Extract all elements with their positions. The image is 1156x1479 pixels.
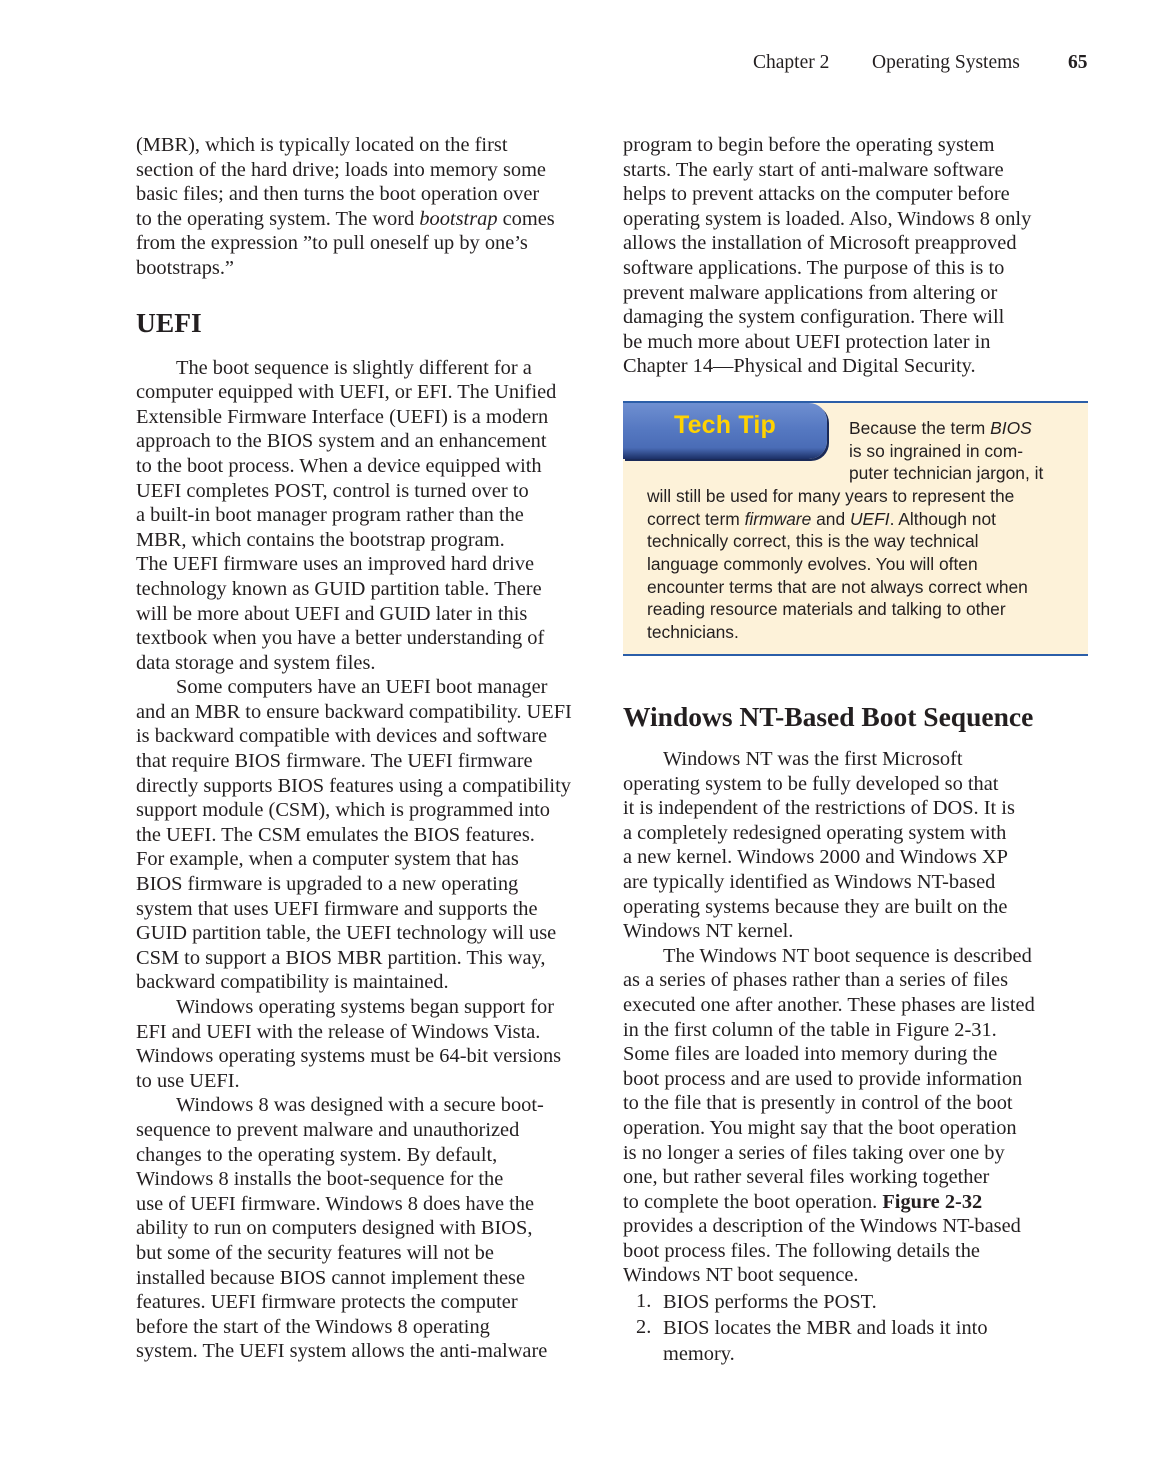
- paragraph: Windows 8 was designed with a secure boo…: [136, 1093, 606, 1364]
- text-line: boot process and are used to provide inf…: [623, 1067, 1089, 1092]
- text-line: a new kernel. Windows 2000 and Windows X…: [623, 845, 1089, 870]
- section-heading-uefi: UEFI: [136, 306, 606, 340]
- text-line: as a series of phases rather than a seri…: [623, 968, 1089, 993]
- running-header: Chapter 2 Operating Systems 65: [0, 52, 1156, 82]
- tip-line: language commonly evolves. You will ofte…: [647, 553, 1028, 576]
- text-line: memory.: [663, 1341, 1089, 1367]
- left-column: (MBR), which is typically located on the…: [136, 133, 606, 1364]
- text-line: BIOS firmware is upgraded to a new opera…: [136, 872, 606, 897]
- text-line: installed because BIOS cannot implement …: [136, 1266, 606, 1291]
- text-line: Some computers have an UEFI boot manager: [136, 675, 606, 700]
- paragraph: Windows NT was the first Microsoft opera…: [623, 747, 1089, 944]
- tip-line: will still be used for many years to rep…: [647, 485, 1028, 508]
- text-span: comes: [498, 208, 555, 230]
- text-line: a completely redesigned operating system…: [623, 821, 1089, 846]
- tip-line: encounter terms that are not always corr…: [647, 576, 1028, 599]
- text-line: bootstraps.”: [136, 256, 606, 281]
- text-line: to the file that is presently in control…: [623, 1091, 1089, 1116]
- numbered-list: 1. BIOS performs the POST. 2. BIOS locat…: [623, 1289, 1089, 1367]
- text-line: program to begin before the operating sy…: [623, 133, 1089, 158]
- text-line: EFI and UEFI with the release of Windows…: [136, 1020, 606, 1045]
- text-line: damaging the system configuration. There…: [623, 305, 1089, 330]
- text-line: The Windows NT boot sequence is describe…: [623, 944, 1089, 969]
- list-item: 2. BIOS locates the MBR and loads it int…: [623, 1315, 1089, 1367]
- text-line: changes to the operating system. By defa…: [136, 1143, 606, 1168]
- text-line: UEFI completes POST, control is turned o…: [136, 479, 606, 504]
- tip-line: is so ingrained in com-: [849, 440, 1043, 463]
- text-line: directly supports BIOS features using a …: [136, 774, 606, 799]
- text-line: allows the installation of Microsoft pre…: [623, 231, 1089, 256]
- right-column-intro: program to begin before the operating sy…: [623, 133, 1089, 379]
- tip-line: correct term firmware and UEFI. Although…: [647, 508, 1028, 531]
- text-line: boot process files. The following detail…: [623, 1239, 1089, 1264]
- text-line: executed one after another. These phases…: [623, 993, 1089, 1018]
- italic-term: bootstrap: [419, 208, 497, 230]
- tip-line: technically correct, this is the way tec…: [647, 530, 1028, 553]
- text-line: Windows NT was the first Microsoft: [623, 747, 1089, 772]
- text-line: The UEFI firmware uses an improved hard …: [136, 552, 606, 577]
- text-line: system that uses UEFI firmware and suppo…: [136, 897, 606, 922]
- text-line: one, but rather several files working to…: [623, 1165, 1089, 1190]
- tip-line: Because the term BIOS: [849, 417, 1043, 440]
- text-line: before the start of the Windows 8 operat…: [136, 1315, 606, 1340]
- text-line: The boot sequence is slightly different …: [136, 356, 606, 381]
- text-line: Some files are loaded into memory during…: [623, 1042, 1089, 1067]
- text-line: it is independent of the restrictions of…: [623, 796, 1089, 821]
- text-line: to the boot process. When a device equip…: [136, 454, 606, 479]
- text-line: to use UEFI.: [136, 1069, 606, 1094]
- text-line: MBR, which contains the bootstrap progra…: [136, 528, 606, 553]
- tech-tip-label: Tech Tip: [623, 411, 827, 440]
- paragraph: Some computers have an UEFI boot manager…: [136, 675, 606, 995]
- text-line: and an MBR to ensure backward compatibil…: [136, 700, 606, 725]
- text-span: Because the term: [849, 418, 990, 438]
- italic-term: firmware: [745, 509, 812, 529]
- italic-term: BIOS: [990, 418, 1032, 438]
- tech-tip-text-body: will still be used for many years to rep…: [647, 485, 1028, 644]
- text-line: to the operating system. The word bootst…: [136, 207, 606, 232]
- text-line: system. The UEFI system allows the anti-…: [136, 1339, 606, 1364]
- text-line: basic files; and then turns the boot ope…: [136, 182, 606, 207]
- text-span: . Although not: [890, 509, 996, 529]
- list-number: 2.: [636, 1315, 651, 1340]
- paragraph: Windows operating systems began support …: [136, 995, 606, 1093]
- italic-term: UEFI: [850, 509, 890, 529]
- spacer: [623, 734, 1089, 747]
- text-line: technology known as GUID partition table…: [136, 577, 606, 602]
- text-span: correct term: [647, 509, 745, 529]
- text-line: BIOS performs the POST.: [663, 1289, 1089, 1315]
- tech-tip-box: Tech Tip Because the term BIOS is so ing…: [623, 401, 1088, 656]
- text-line: operating system is loaded. Also, Window…: [623, 207, 1089, 232]
- text-line: helps to prevent attacks on the computer…: [623, 182, 1089, 207]
- text-line: software applications. The purpose of th…: [623, 256, 1089, 281]
- text-line: BIOS locates the MBR and loads it into: [663, 1315, 1089, 1341]
- text-line: is backward compatible with devices and …: [136, 724, 606, 749]
- text-line: is no longer a series of files taking ov…: [623, 1141, 1089, 1166]
- text-line: to complete the boot operation. Figure 2…: [623, 1190, 1089, 1215]
- text-line: section of the hard drive; loads into me…: [136, 158, 606, 183]
- tip-line: puter technician jargon, it: [849, 462, 1043, 485]
- text-line: Windows operating systems began support …: [136, 995, 606, 1020]
- text-line: Extensible Firmware Interface (UEFI) is …: [136, 405, 606, 430]
- text-line: support module (CSM), which is programme…: [136, 798, 606, 823]
- text-line: but some of the security features will n…: [136, 1241, 606, 1266]
- text-line: approach to the BIOS system and an enhan…: [136, 429, 606, 454]
- text-line: a built-in boot manager program rather t…: [136, 503, 606, 528]
- text-line: be much more about UEFI protection later…: [623, 330, 1089, 355]
- text-line: provides a description of the Windows NT…: [623, 1214, 1089, 1239]
- text-line: Windows 8 was designed with a secure boo…: [136, 1093, 606, 1118]
- text-line: Windows NT boot sequence.: [623, 1263, 1089, 1288]
- text-line: (MBR), which is typically located on the…: [136, 133, 606, 158]
- text-line: textbook when you have a better understa…: [136, 626, 606, 651]
- text-line: ability to run on computers designed wit…: [136, 1216, 606, 1241]
- tech-tip-tab: Tech Tip: [623, 403, 827, 459]
- text-line: operating system to be fully developed s…: [623, 772, 1089, 797]
- text-line: will be more about UEFI and GUID later i…: [136, 602, 606, 627]
- text-line: from the expression ”to pull oneself up …: [136, 231, 606, 256]
- text-line: that require BIOS firmware. The UEFI fir…: [136, 749, 606, 774]
- section-heading-windows-nt: Windows NT-Based Boot Sequence: [623, 700, 1089, 734]
- text-line: starts. The early start of anti-malware …: [623, 158, 1089, 183]
- text-line: Chapter 14—Physical and Digital Security…: [623, 354, 1089, 379]
- text-line: the UEFI. The CSM emulates the BIOS feat…: [136, 823, 606, 848]
- text-span: and: [811, 509, 850, 529]
- text-line: features. UEFI firmware protects the com…: [136, 1290, 606, 1315]
- text-line: For example, when a computer system that…: [136, 847, 606, 872]
- text-line: in the first column of the table in Figu…: [623, 1018, 1089, 1043]
- text-line: operation. You might say that the boot o…: [623, 1116, 1089, 1141]
- right-column-nt-section: Windows NT-Based Boot Sequence Windows N…: [623, 700, 1089, 1367]
- tip-line: technicians.: [647, 621, 1028, 644]
- text-line: data storage and system files.: [136, 651, 606, 676]
- text-line: computer equipped with UEFI, or EFI. The…: [136, 380, 606, 405]
- text-line: are typically identified as Windows NT-b…: [623, 870, 1089, 895]
- figure-reference: Figure 2-32: [882, 1191, 982, 1213]
- chapter-label: Chapter 2: [753, 52, 829, 74]
- text-line: Windows NT kernel.: [623, 919, 1089, 944]
- text-line: prevent malware applications from alteri…: [623, 281, 1089, 306]
- list-item: 1. BIOS performs the POST.: [623, 1289, 1089, 1315]
- paragraph: The boot sequence is slightly different …: [136, 356, 606, 676]
- tech-tip-text-top: Because the term BIOS is so ingrained in…: [849, 417, 1043, 485]
- text-span: to the operating system. The word: [136, 208, 419, 230]
- text-line: backward compatibility is maintained.: [136, 970, 606, 995]
- text-line: use of UEFI firmware. Windows 8 does hav…: [136, 1192, 606, 1217]
- text-line: operating systems because they are built…: [623, 895, 1089, 920]
- text-line: Windows operating systems must be 64-bit…: [136, 1044, 606, 1069]
- text-line: Windows 8 installs the boot-sequence for…: [136, 1167, 606, 1192]
- list-number: 1.: [636, 1289, 651, 1314]
- text-line: CSM to support a BIOS MBR partition. Thi…: [136, 946, 606, 971]
- text-span: to complete the boot operation.: [623, 1191, 882, 1213]
- text-line: sequence to prevent malware and unauthor…: [136, 1118, 606, 1143]
- section-title: Operating Systems: [872, 52, 1020, 74]
- page-number: 65: [1068, 52, 1088, 74]
- paragraph: The Windows NT boot sequence is describe…: [623, 944, 1089, 1288]
- tip-line: reading resource materials and talking t…: [647, 598, 1028, 621]
- intro-paragraph: (MBR), which is typically located on the…: [136, 133, 606, 281]
- text-line: GUID partition table, the UEFI technolog…: [136, 921, 606, 946]
